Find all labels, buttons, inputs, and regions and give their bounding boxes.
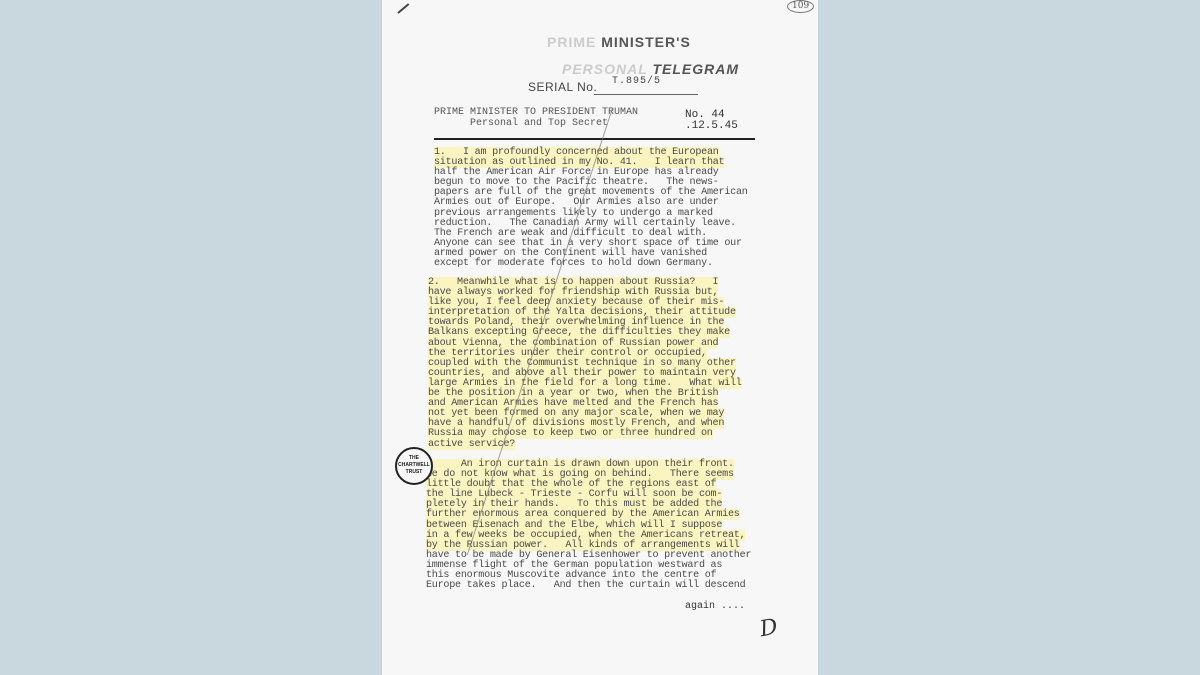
text-line: Russia may choose to keep two or three h…: [428, 429, 742, 439]
header-classification: Personal and Top Secret: [470, 118, 608, 129]
serial-underline: [594, 94, 698, 95]
telegram-reference: No. 44 .12.5.45: [685, 110, 738, 132]
stamp-faded-text: PERSONAL: [562, 61, 652, 77]
paragraph-3: An iron curtain is drawn down upon their…: [426, 460, 751, 591]
stamp-line: CHARTWELL: [397, 462, 431, 469]
serial-label: SERIAL No.: [528, 80, 597, 94]
paragraph-1: 1. I am profoundly concerned about the E…: [434, 148, 748, 269]
telegram-stamp-line2: PERSONAL TELEGRAM: [562, 61, 739, 77]
handwritten-initial: D: [758, 615, 780, 643]
stamp-text: MINISTER'S: [601, 34, 691, 50]
text-line: active service?: [428, 440, 742, 450]
page-number: 109: [787, 0, 814, 13]
serial-number: SERIAL No. T.895/5: [528, 80, 597, 94]
pen-mark: [397, 3, 409, 14]
chartwell-trust-stamp: THE CHARTWELL TRUST: [395, 447, 433, 485]
document-page: 109 PRIME MINISTER'S PERSONAL TELEGRAM S…: [382, 0, 818, 675]
serial-value: T.895/5: [612, 76, 661, 87]
telegram-date: .12.5.45: [685, 120, 738, 132]
paragraph-2: 2. Meanwhile what is to happen about Rus…: [428, 278, 742, 450]
continuation-text: again ....: [685, 601, 745, 612]
telegram-stamp-line1: PRIME MINISTER'S: [547, 34, 691, 50]
stamp-faded-text: PRIME: [547, 34, 601, 50]
text-line: Europe takes place. And then the curtain…: [426, 581, 751, 591]
stamp-line: THE: [397, 455, 431, 462]
stamp-text: TELEGRAM: [652, 61, 739, 77]
header-rule: [434, 138, 755, 140]
text-line: except for moderate forces to hold down …: [434, 259, 748, 269]
header-from-to: PRIME MINISTER TO PRESIDENT TRUMAN: [434, 107, 638, 118]
stamp-line: TRUST: [397, 469, 431, 476]
